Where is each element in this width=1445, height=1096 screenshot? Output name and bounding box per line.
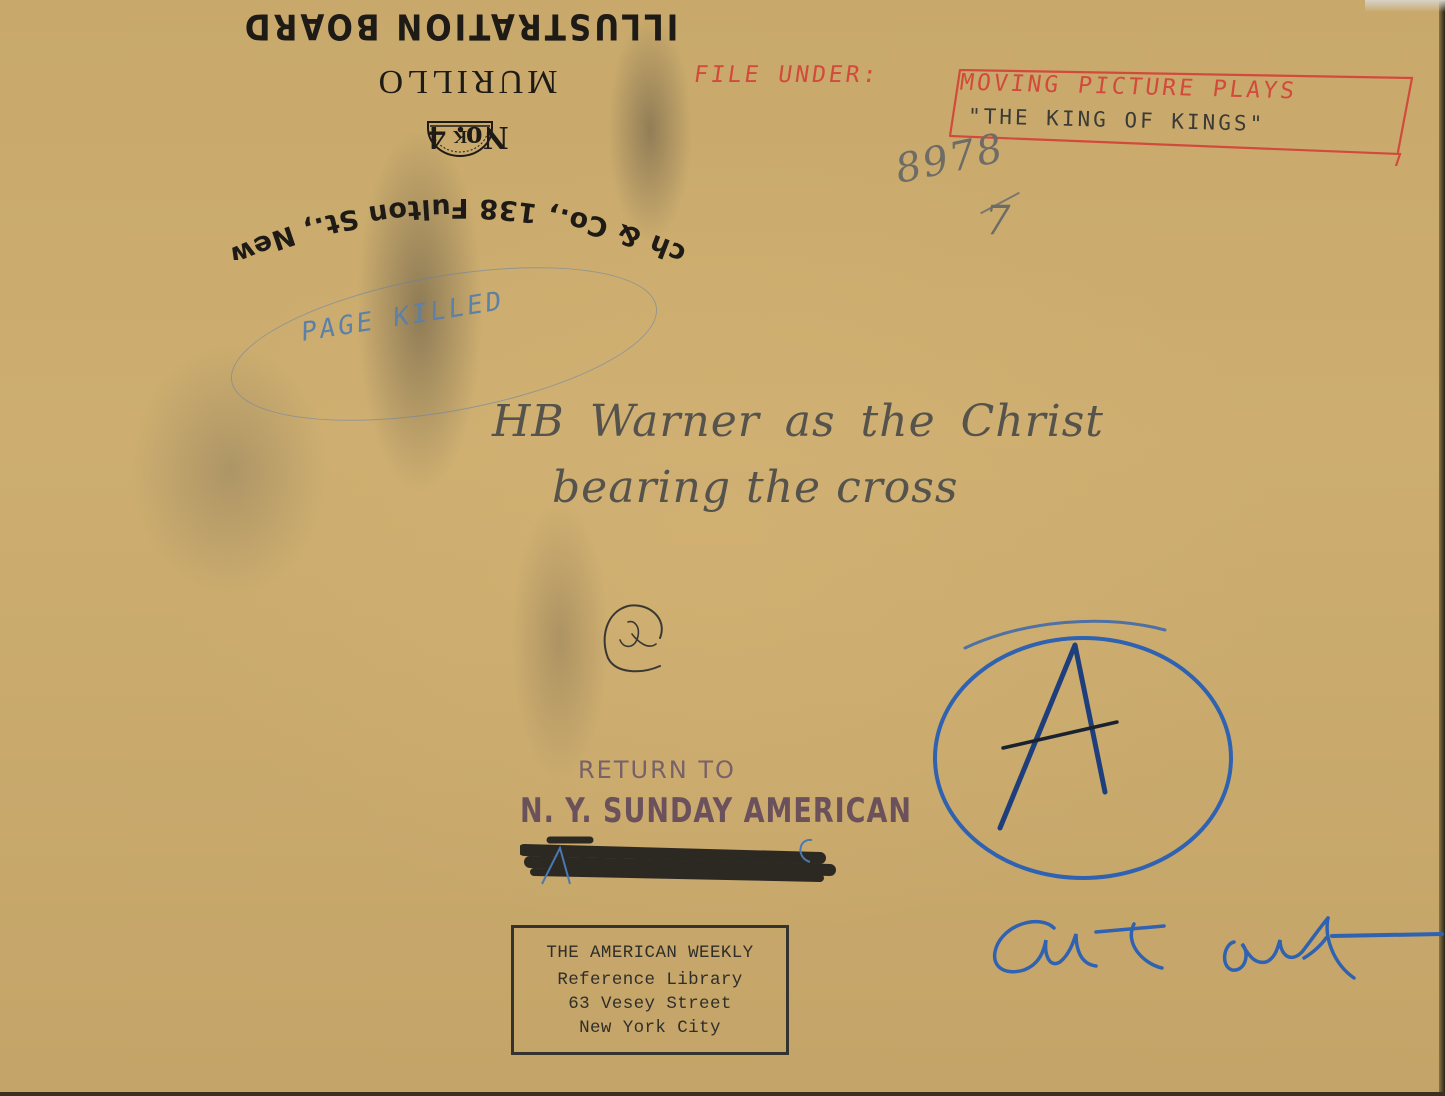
library-stamp-city: New York City — [514, 1016, 786, 1040]
board-product-line: ILLUSTRATION BOARD — [220, 5, 700, 46]
board-brand: MURILLO — [226, 62, 706, 100]
maker-address: Kolesch & Co., 138 Fulton St., New York — [224, 192, 700, 260]
cut-out-instruction: Cut out — [984, 904, 1444, 984]
manufacturer-stamp: Kolesch & Co., 138 Fulton St., New York … — [220, 0, 700, 260]
circled-grade-a: A — [905, 610, 1245, 890]
return-to-label: RETURN TO — [578, 756, 736, 784]
library-stamp-department: Reference Library — [514, 968, 786, 992]
board-number: No. 4 — [228, 118, 708, 156]
board-bottom-edge — [0, 1092, 1445, 1096]
svg-text:Cut out: Cut out — [984, 904, 988, 905]
reference-library-stamp: THE AMERICAN WEEKLY Reference Library 63… — [511, 925, 789, 1055]
return-to-newspaper: N. Y. SUNDAY AMERICAN — [520, 792, 912, 831]
reference-sub-number: 7 — [985, 198, 1010, 244]
blacked-out-line — [520, 828, 840, 888]
board-top-corner — [1365, 0, 1445, 12]
svg-text:A: A — [905, 610, 906, 611]
library-stamp-title: THE AMERICAN WEEKLY — [514, 941, 786, 965]
library-stamp-street: 63 Vesey Street — [514, 992, 786, 1016]
svg-text:Kolesch & Co., 138 Fulton St.,: Kolesch & Co., 138 Fulton St., New York — [224, 192, 700, 260]
caption-line-1: HB Warner as the Christ — [492, 396, 1104, 447]
file-under-label: FILE UNDER: — [692, 62, 881, 88]
caption-line-2: bearing the cross — [552, 462, 958, 513]
circled-initials-mark — [598, 598, 672, 676]
